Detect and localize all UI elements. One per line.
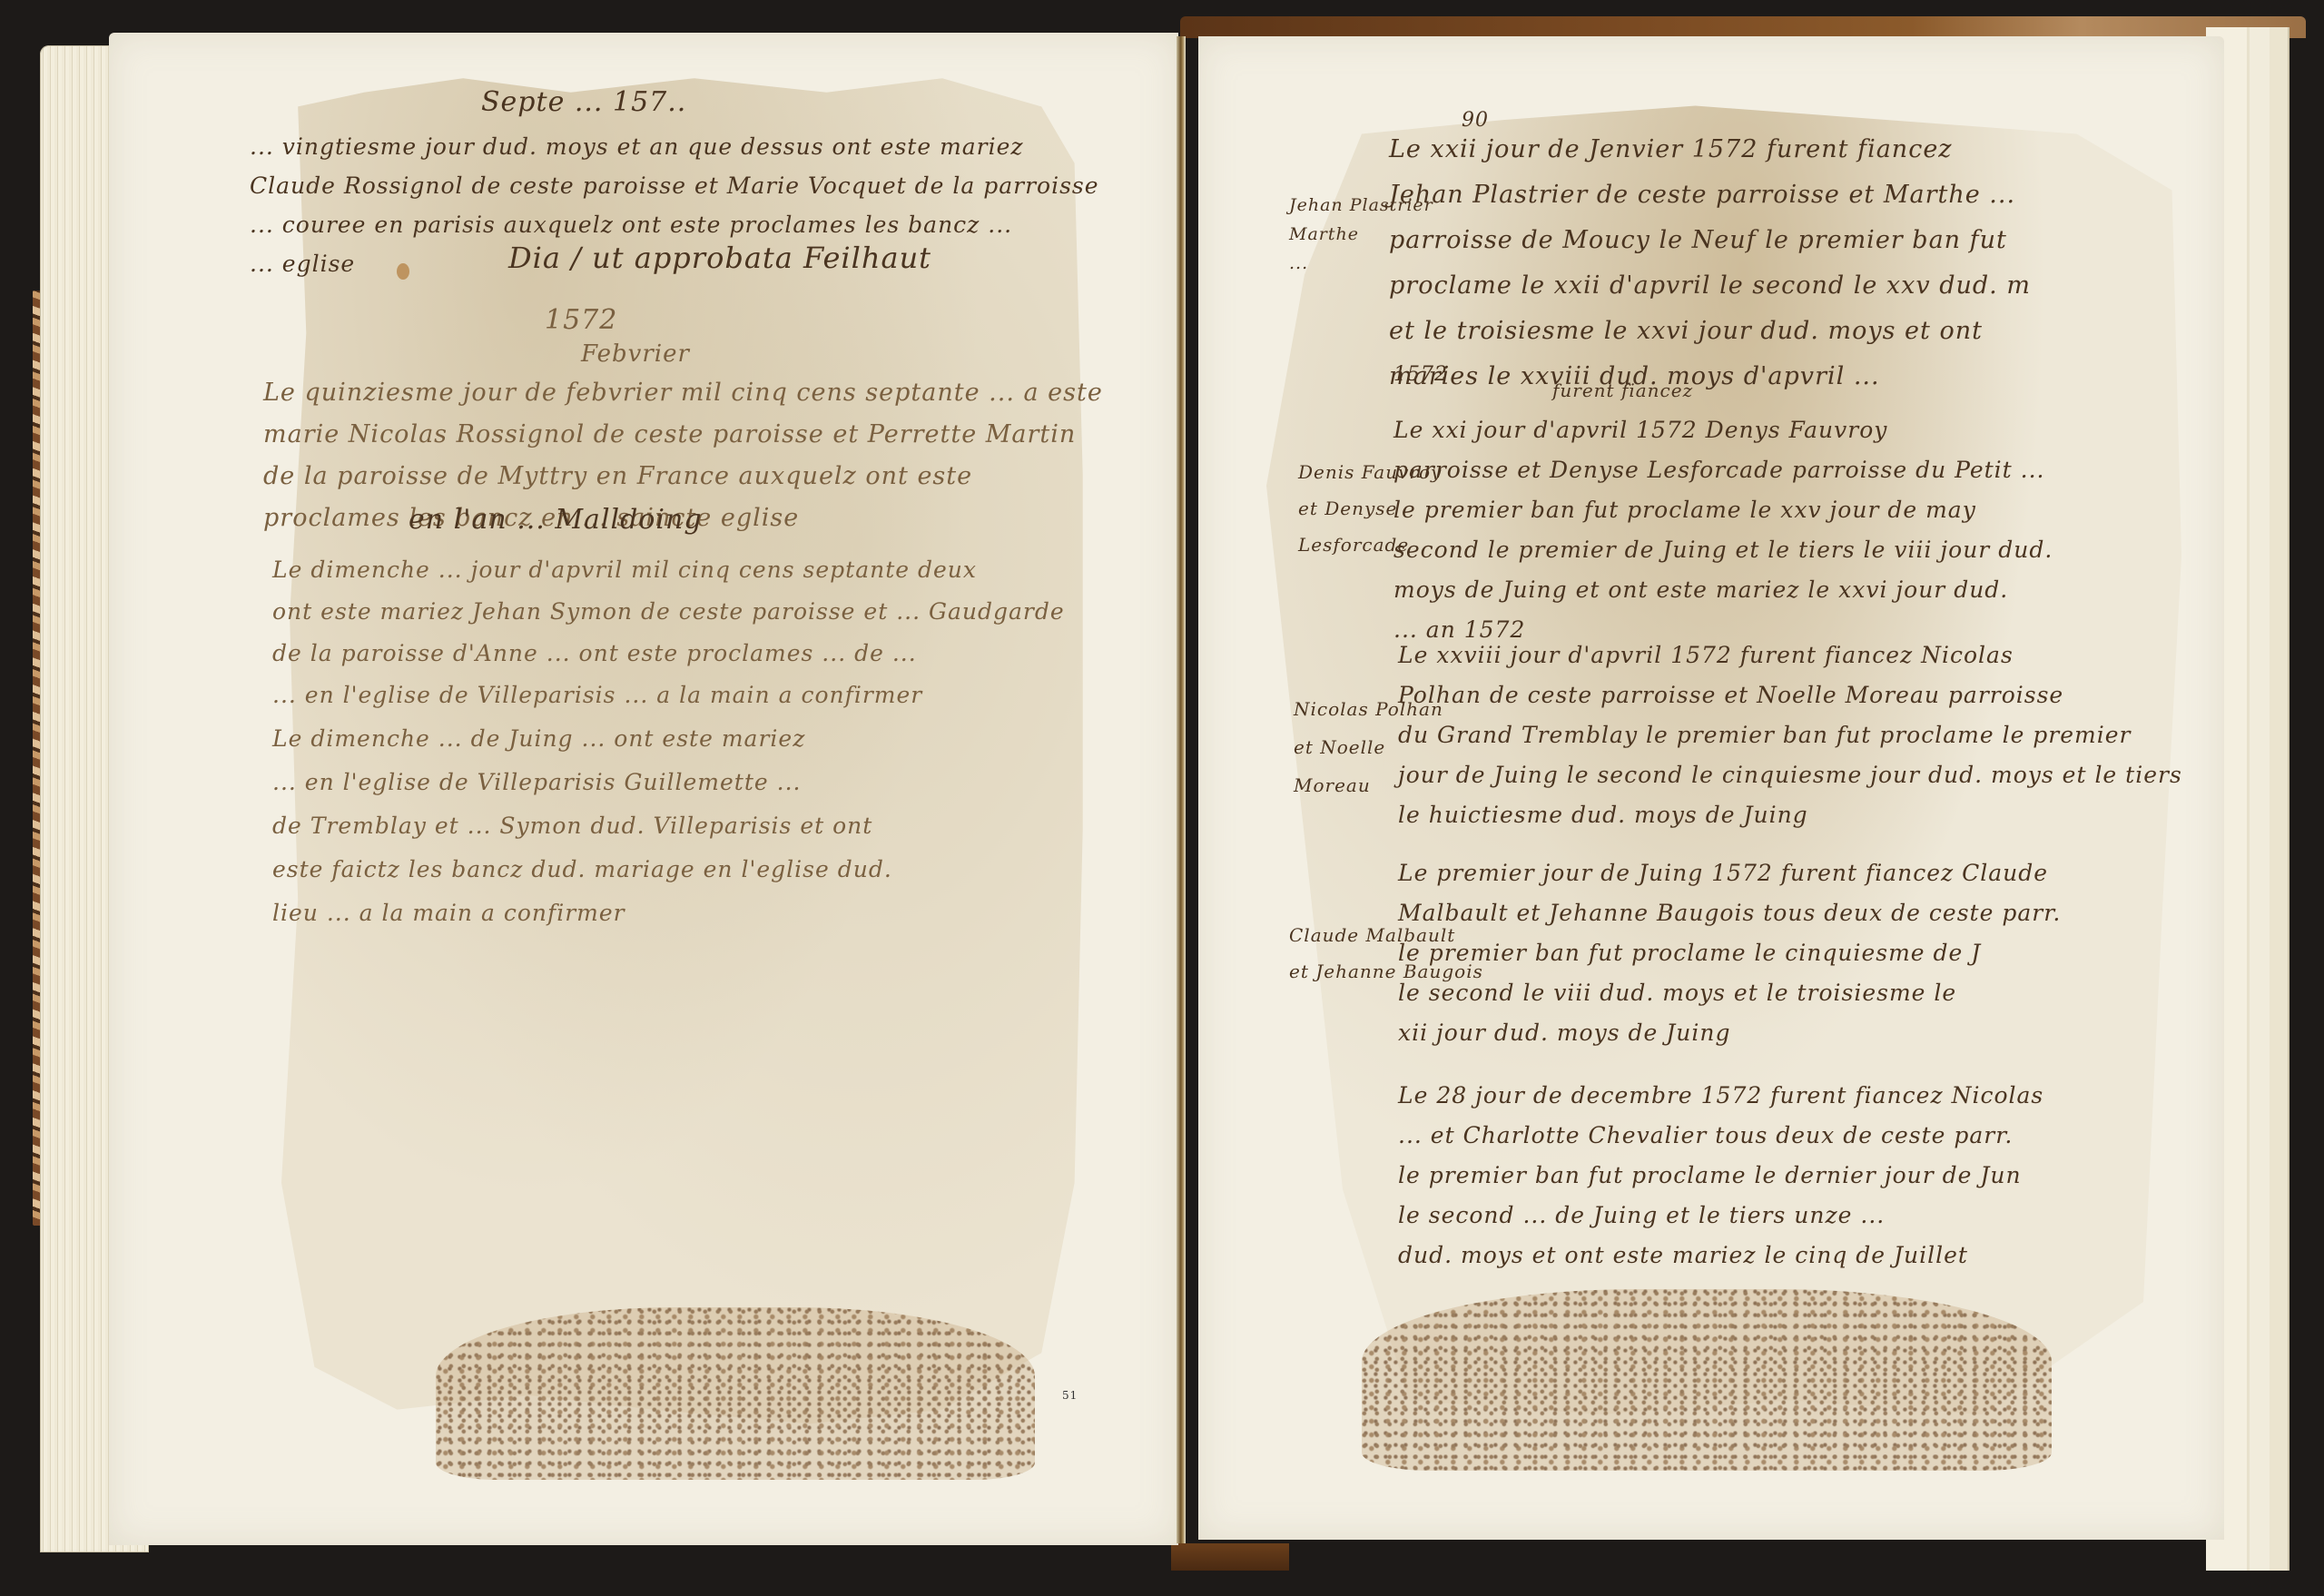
left-year: 1572 (545, 304, 617, 336)
right-entry-4: Le premier jour de Juing 1572 furent fia… (1398, 853, 2061, 1053)
right-margin-note-3: Nicolas Polhan et Noelle Moreau (1294, 690, 1443, 804)
right-entry-3: Le xxviii jour d'apvril 1572 furent fian… (1398, 635, 2182, 835)
page-number: 51 (1062, 1389, 1078, 1402)
right-entry-1: Le xxii jour de Jenvier 1572 furent fian… (1389, 127, 2031, 399)
left-signature-1: Dia / ut approbata Feilhaut (508, 241, 931, 275)
left-entry-4: Le dimenche ... de Juing ... ont este ma… (272, 717, 892, 935)
book-photograph: Septe ... 157.. ... vingtiesme jour dud.… (0, 0, 2324, 1596)
right-margin-note-4: Claude Malbault et Jehanne Baugois (1289, 917, 1483, 990)
right-entry-1-year: 1572 (1393, 363, 1448, 386)
left-heading: Septe ... 157.. (481, 86, 686, 118)
foxing-stain-right (1362, 1289, 2052, 1471)
binding-top-edge (1180, 16, 2306, 38)
left-entry-3: Le dimenche ... jour d'apvril mil cinq c… (272, 549, 1065, 716)
right-margin-note-1: Jehan Plastrier Marthe ... (1289, 191, 1433, 278)
right-margin-note-2: Denis Fauvroy et Denyse Lesforcade (1298, 454, 1442, 563)
right-entry-2-superscript: furent fiancez (1552, 379, 1693, 401)
book-gutter (1177, 36, 1186, 1543)
right-entry-5: Le 28 jour de decembre 1572 furent fianc… (1398, 1076, 2043, 1276)
right-entry-2: Le xxi jour d'apvril 1572 Denys Fauvroy … (1393, 410, 2053, 650)
binding-bottom-edge (1171, 1543, 1289, 1571)
foxing-stain-left (436, 1307, 1035, 1480)
left-month: Febvrier (581, 340, 690, 368)
left-signature-2: en l'an ... Malldoing (409, 504, 703, 536)
